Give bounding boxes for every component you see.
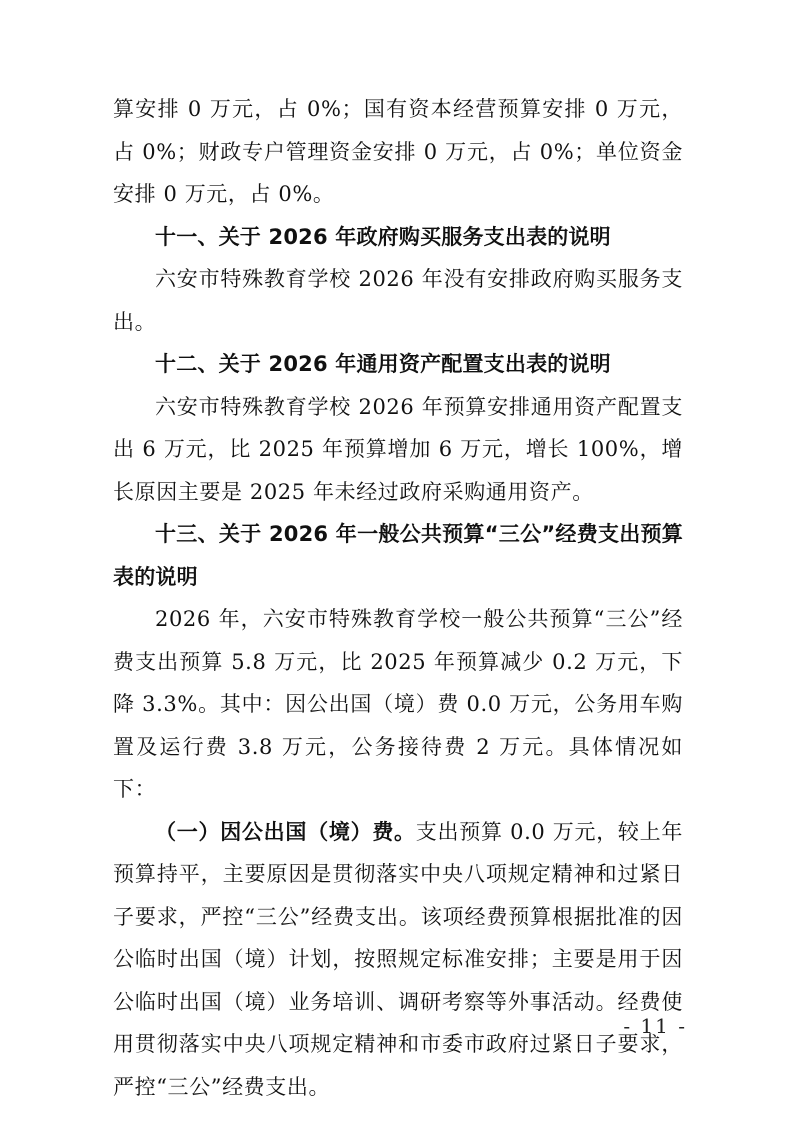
paragraph-section-12-body: 六安市特殊教育学校 2026 年预算安排通用资产配置支出 6 万元，比 2025… [113, 386, 683, 514]
paragraph-section-13-summary: 2026 年，六安市特殊教育学校一般公共预算“三公”经费支出预算 5.8 万元，… [113, 598, 683, 811]
heading-section-12: 十二、关于 2026 年通用资产配置支出表的说明 [113, 343, 683, 386]
document-body: 算安排 0 万元，占 0%；国有资本经营预算安排 0 万元，占 0%；财政专户管… [113, 88, 683, 1108]
paragraph-budget-sources-continuation: 算安排 0 万元，占 0%；国有资本经营预算安排 0 万元，占 0%；财政专户管… [113, 88, 683, 216]
paragraph-abroad-expense-text: 支出预算 0.0 万元，较上年预算持平，主要原因是贯彻落实中央八项规定精神和过紧… [113, 820, 683, 1099]
page-number: - 11 - [623, 1014, 687, 1038]
paragraph-section-11-body: 六安市特殊教育学校 2026 年没有安排政府购买服务支出。 [113, 258, 683, 343]
document-page: 算安排 0 万元，占 0%；国有资本经营预算安排 0 万元，占 0%；财政专户管… [0, 0, 793, 1122]
heading-section-11: 十一、关于 2026 年政府购买服务支出表的说明 [113, 216, 683, 259]
paragraph-abroad-expense-lead: （一）因公出国（境）费。 [155, 820, 416, 844]
paragraph-abroad-expense: （一）因公出国（境）费。支出预算 0.0 万元，较上年预算持平，主要原因是贯彻落… [113, 811, 683, 1109]
heading-section-13: 十三、关于 2026 年一般公共预算“三公”经费支出预算表的说明 [113, 513, 683, 598]
